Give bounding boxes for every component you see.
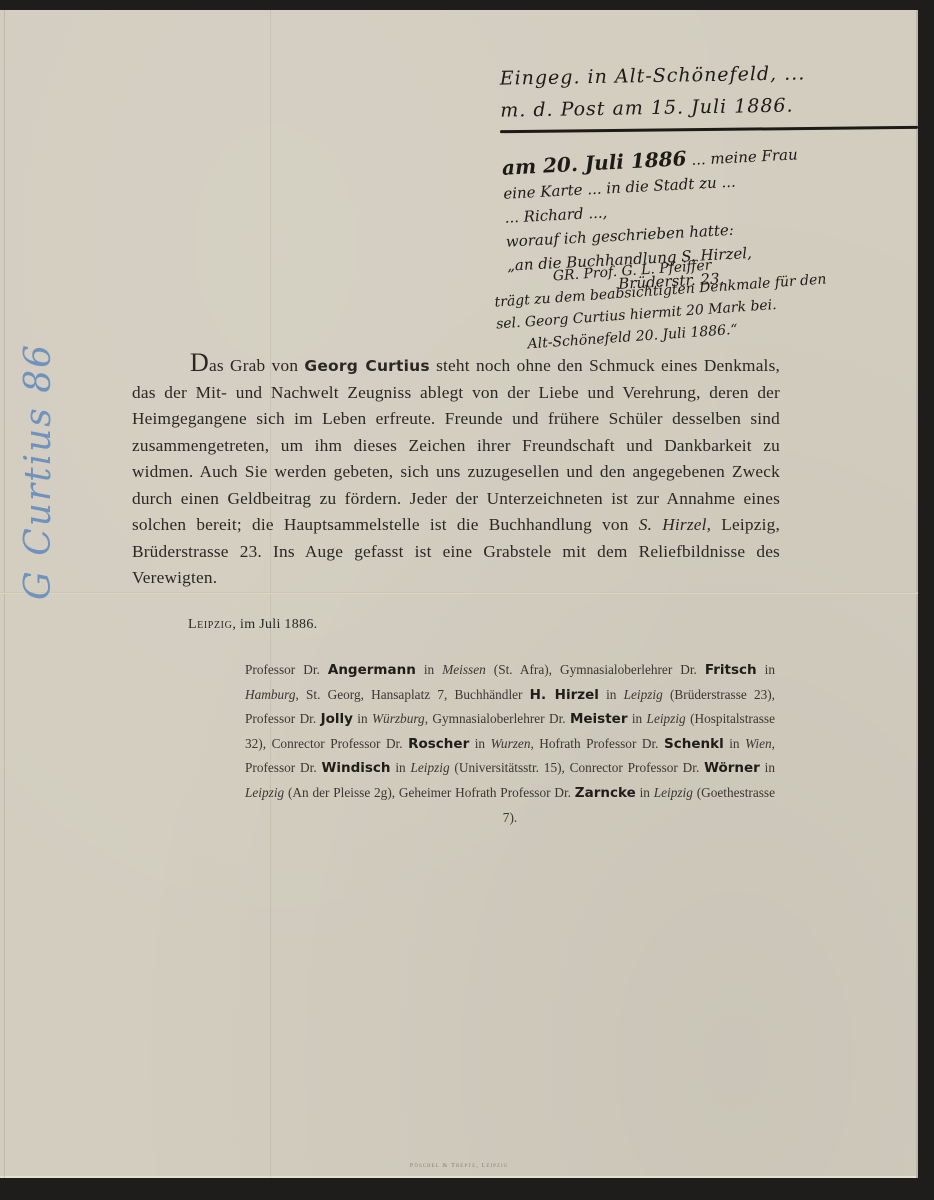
- drop-cap: D: [190, 348, 209, 377]
- printer-imprint: Pöschel & Trepte, Leipzig: [0, 1162, 918, 1169]
- horizontal-fold-line: [0, 592, 918, 594]
- handwritten-line: ... meine Frau: [691, 145, 798, 169]
- publisher-name: S. Hirzel: [639, 515, 707, 534]
- body-text-segment: as Grab von: [209, 356, 304, 375]
- handwritten-line: Eingeg. in Alt-Schönefeld, ...: [499, 57, 805, 94]
- dateline: Leipzig, im Juli 1886.: [188, 617, 317, 633]
- blue-pencil-margin-note: G Curtius 86: [18, 343, 59, 600]
- signatory: Geheimer Hofrath Professor Dr. Zarncke i…: [399, 785, 775, 825]
- dateline-place: Leipzig: [188, 617, 232, 632]
- vertical-fold-line: [270, 10, 271, 1178]
- signatory: Professor Dr. Angermann in Meissen (St. …: [245, 662, 560, 677]
- deceased-name: Georg Curtius: [304, 357, 429, 375]
- letter-page: Eingeg. in Alt-Schönefeld, ... m. d. Pos…: [0, 10, 918, 1178]
- margin-edge: [4, 10, 5, 1178]
- signatory: Professor Dr. Jolly in Würzburg,: [245, 711, 432, 726]
- signatory: Professor Dr. Windisch in Leipzig (Unive…: [245, 760, 570, 775]
- handwritten-receipt-note: Eingeg. in Alt-Schönefeld, ... m. d. Pos…: [499, 57, 806, 126]
- dateline-date: , im Juli 1886.: [232, 617, 317, 632]
- appeal-paragraph: Das Grab von Georg Curtius steht noch oh…: [132, 350, 780, 592]
- signatory: Buchhändler H. Hirzel in Leipzig (Brüder…: [455, 687, 775, 702]
- signatory: Hofrath Professor Dr. Schenkl in Wien,: [539, 736, 775, 751]
- signatory: Conrector Professor Dr. Roscher in Wurze…: [272, 736, 540, 751]
- handwritten-underline: [500, 126, 918, 133]
- handwritten-line: m. d. Post am 15. Juli 1886.: [500, 89, 806, 126]
- body-text-segment: steht noch ohne den Schmuck eines Denkma…: [132, 356, 780, 534]
- signatories-list: Professor Dr. Angermann in Meissen (St. …: [245, 658, 775, 829]
